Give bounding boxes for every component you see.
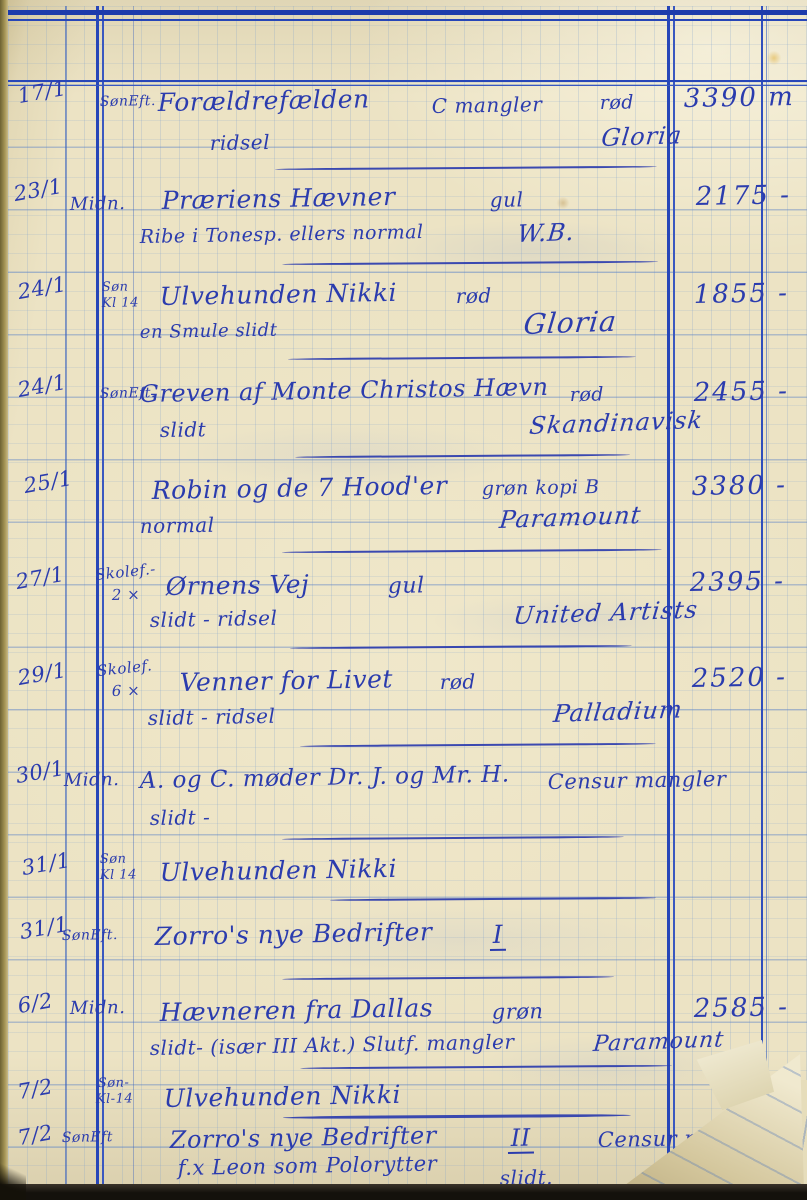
entry-note: Censur m <box>598 1126 705 1152</box>
scan-bottom-edge <box>0 1184 807 1200</box>
film-title: Zorro's nye Bedrifter <box>170 1121 437 1154</box>
entry-date: 7/2 <box>16 1120 55 1150</box>
sequel-numeral: II <box>507 1124 533 1154</box>
ledger-entry: 7/2 SønEft Zorro's nye Bedrifter II Cens… <box>0 0 807 1200</box>
entry-session: SønEft <box>62 1129 113 1146</box>
entry-remark: f.x Leon som Polorytter <box>178 1151 438 1180</box>
ledger-page: 17/1 SønEft. Forældrefælden C mangler rø… <box>0 0 807 1200</box>
scan-corner-shadow <box>0 1150 26 1200</box>
